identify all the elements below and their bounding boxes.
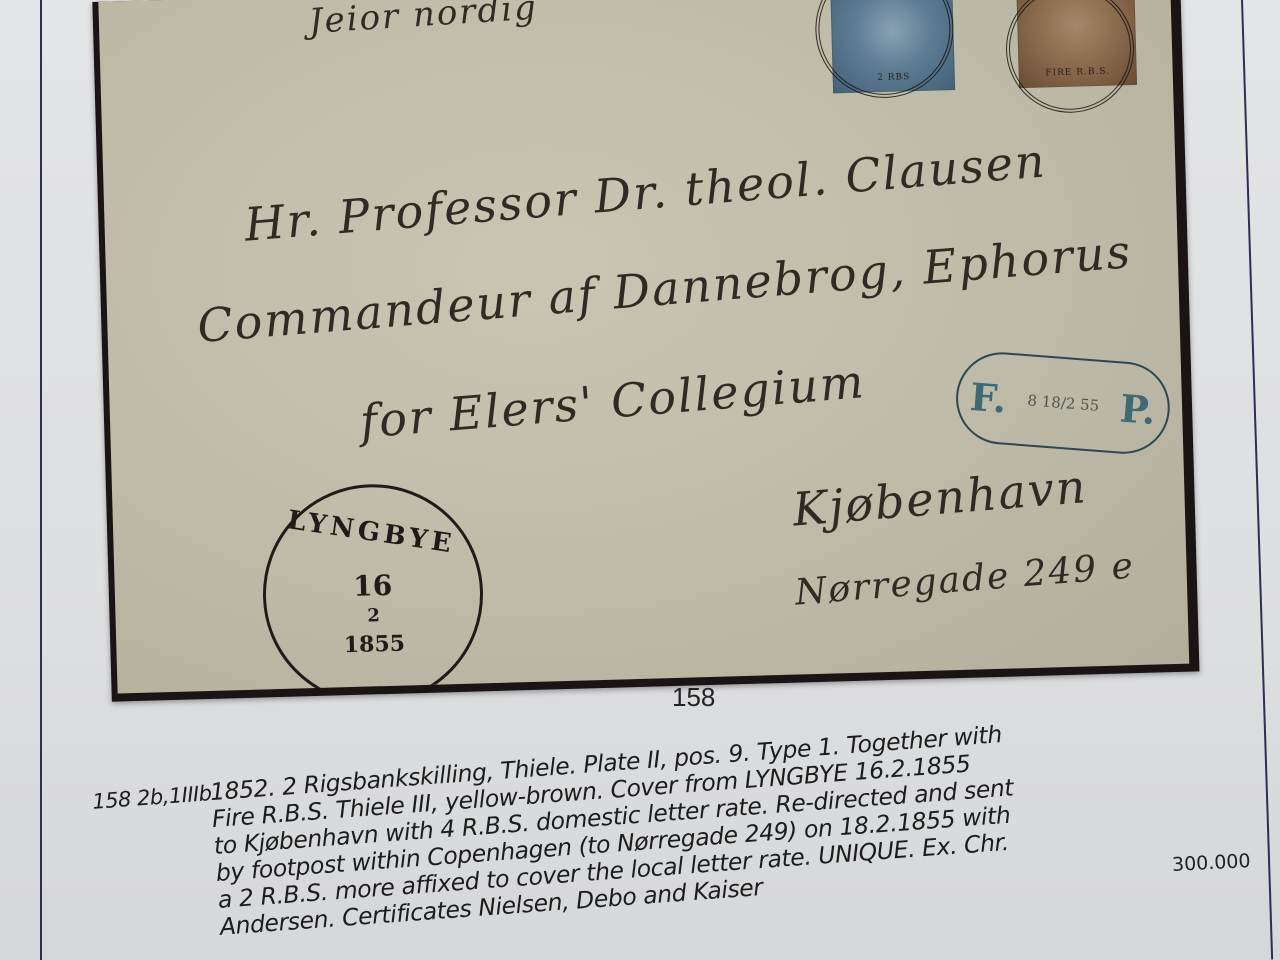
page-frame-line-left [40,0,42,960]
postmark-letter-p: P. [1119,385,1158,433]
handwritten-address-line: for Elers' Collegium [358,354,867,448]
handwritten-street: Nørregade 249 e [793,545,1136,613]
envelope-cover: 2 RBS FIRE R.B.S. Jeior nordig Hr. Profe… [98,0,1189,694]
numeral-cancel-icon [1004,0,1136,114]
postmark-town: LYNGBYE [263,502,479,563]
lot-reference: 158 2b,1IIIb [92,781,213,814]
postmark-date: 8 18/2 55 [1027,391,1100,414]
lyngbye-round-postmark: LYNGBYE 16 2 1855 [260,481,486,693]
postmark-hour: 8 [1027,391,1038,410]
handwritten-city: Kjøbenhavn [791,459,1090,537]
postmark-day: 18 [1041,392,1061,411]
photo-caption-lot-number: 158 [672,682,715,713]
postmark-letter-f: F. [968,373,1008,421]
postmark-year: 55 [1079,395,1099,414]
postmark-year: 1855 [267,628,482,660]
lot-price: 300.000 [1171,850,1251,876]
footpost-oval-postmark: F. 8 18/2 55 P. [953,349,1173,457]
lot-description-text: 1852. 2 Rigsbankskilling, Thiele. Plate … [209,721,1020,941]
page-frame-line-right [1241,0,1273,960]
postmark-day: 16 [265,566,480,605]
catalog-page: 2 RBS FIRE R.B.S. Jeior nordig Hr. Profe… [0,0,1280,960]
handwritten-address-line: Hr. Professor Dr. theol. Clausen [242,133,1048,251]
postmark-month: 2 [266,602,481,629]
postmark-month: 2 [1065,394,1076,413]
cover-photograph: 2 RBS FIRE R.B.S. Jeior nordig Hr. Profe… [92,0,1199,702]
handwritten-note: Jeior nordig [308,0,539,42]
